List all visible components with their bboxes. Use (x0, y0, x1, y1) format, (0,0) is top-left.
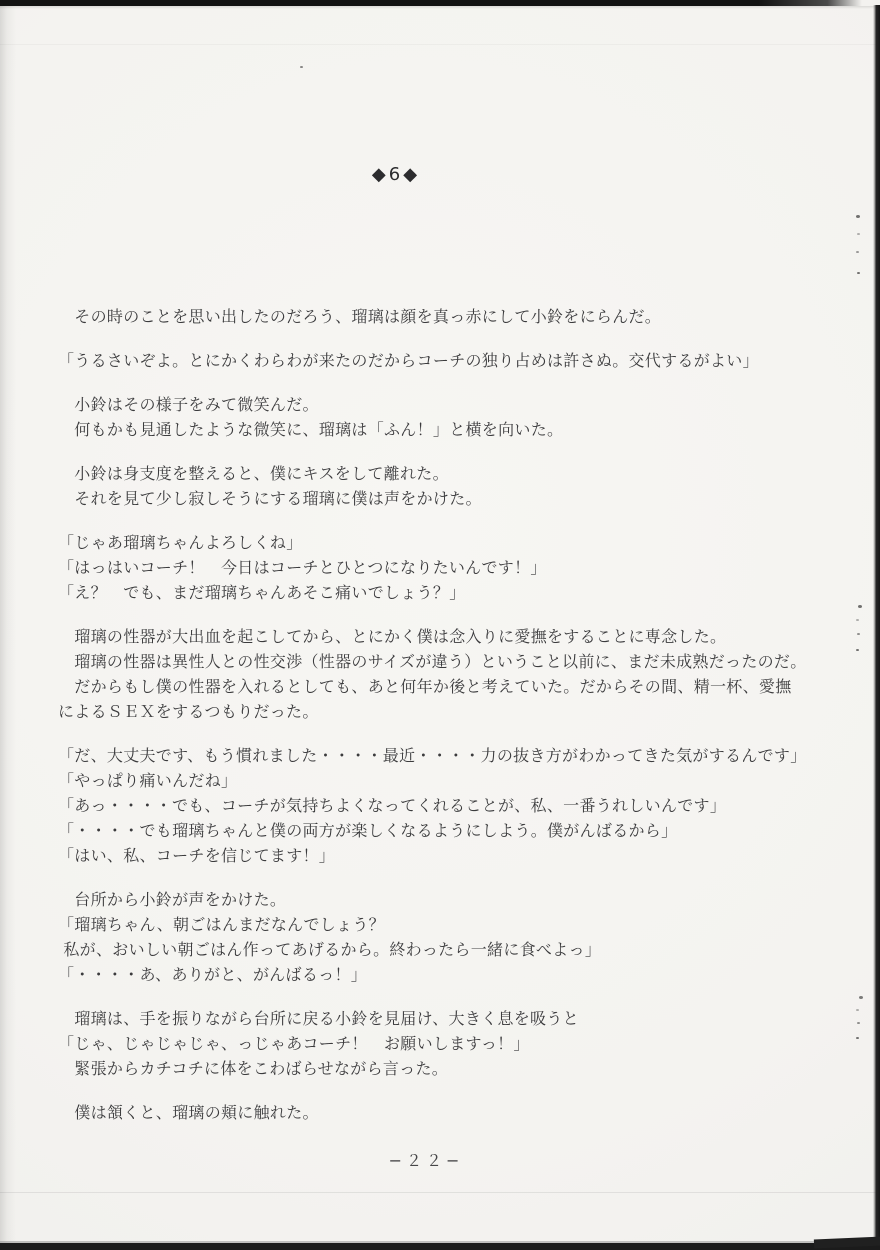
text-line: によるＳＥＸをするつもりだった。 (58, 699, 848, 724)
text-line: 瑠璃は、手を振りながら台所に戻る小鈴を見届け、大きく息を吸うと (58, 1006, 848, 1031)
text-line: 瑠璃の性器は異性人との性交渉（性器のサイズが違う）ということ以前に、まだ未成熟だ… (58, 649, 848, 674)
text-line: 「じゃ、じゃじゃじゃ、っじゃあコーチ！ お願いしますっ！」 (58, 1031, 848, 1056)
text-line: 私が、おいしい朝ごはん作ってあげるから。終わったら一緒に食べよっ」 (58, 937, 848, 962)
scan-speck (300, 66, 303, 68)
paragraph: 「うるさいぞよ。とにかくわらわが来たのだからコーチの独り占めは許さぬ。交代するが… (58, 348, 848, 373)
paragraph: 瑠璃の性器が大出血を起こしてから、とにかく僕は念入りに愛撫をすることに専念した。… (58, 624, 848, 724)
paragraph: 小鈴はその様子をみて微笑んだ。 何もかも見通したような微笑に、瑠璃は「ふん！」と… (58, 392, 848, 442)
text-line: 「・・・・でも瑠璃ちゃんと僕の両方が楽しくなるようにしよう。僕がんばるから」 (58, 818, 848, 843)
scan-edge-top-shadow (0, 6, 880, 9)
text-line: それを見て少し寂しそうにする瑠璃に僕は声をかけた。 (58, 486, 848, 511)
text-line: 「瑠璃ちゃん、朝ごはんまだなんでしょう？ (58, 912, 848, 937)
paragraph: 「じゃあ瑠璃ちゃんよろしくね」「はっはいコーチ！ 今日はコーチとひとつになりたい… (58, 530, 848, 605)
text-line: 「じゃあ瑠璃ちゃんよろしくね」 (58, 530, 848, 555)
section-heading: ◆6◆ (0, 164, 792, 185)
text-line: 「だ、大丈夫です、もう慣れました・・・・最近・・・・力の抜き方がわかってきた気が… (58, 743, 848, 768)
text-line: その時のことを思い出したのだろう、瑠璃は顔を真っ赤にして小鈴をにらんだ。 (58, 304, 848, 329)
paper-crease-line (0, 1192, 880, 1193)
scan-speck (857, 633, 860, 635)
text-line: 「はい、私、コーチを信じてます！」 (58, 843, 848, 868)
text-line: 小鈴は身支度を整えると、僕にキスをして離れた。 (58, 461, 848, 486)
scan-speck (856, 251, 859, 253)
scan-speck (858, 605, 862, 608)
scan-speck (856, 1037, 859, 1039)
scan-speck (856, 1009, 859, 1011)
scan-speck (859, 996, 863, 999)
text-line: 台所から小鈴が声をかけた。 (58, 887, 848, 912)
scan-speck (856, 619, 859, 621)
text-line: 「え？ でも、まだ瑠璃ちゃんあそこ痛いでしょう？」 (58, 580, 848, 605)
paragraph: 僕は頷くと、瑠璃の頬に触れた。 (58, 1100, 848, 1125)
page-number: −２２− (30, 1148, 822, 1171)
text-line: 瑠璃の性器が大出血を起こしてから、とにかく僕は念入りに愛撫をすることに専念した。 (58, 624, 848, 649)
text-line: 小鈴はその様子をみて微笑んだ。 (58, 392, 848, 417)
text-line: 「あっ・・・・でも、コーチが気持ちよくなってくれることが、私、一番うれしいんです… (58, 793, 848, 818)
text-line: 「・・・・あ、ありがと、がんばるっ！」 (58, 962, 848, 987)
body-text: その時のことを思い出したのだろう、瑠璃は顔を真っ赤にして小鈴をにらんだ。「うるさ… (58, 304, 848, 1144)
scan-speck (857, 1022, 860, 1024)
scanned-page: ◆6◆ その時のことを思い出したのだろう、瑠璃は顔を真っ赤にして小鈴をにらんだ。… (0, 0, 880, 1250)
text-line: 緊張からカチコチに体をこわばらせながら言った。 (58, 1056, 848, 1081)
text-line: 「うるさいぞよ。とにかくわらわが来たのだからコーチの独り占めは許さぬ。交代するが… (58, 348, 848, 373)
paragraph: 台所から小鈴が声をかけた。「瑠璃ちゃん、朝ごはんまだなんでしょう？ 私が、おいし… (58, 887, 848, 987)
paper-crease-line (0, 44, 880, 45)
text-line: 何もかも見通したような微笑に、瑠璃は「ふん！」と横を向いた。 (58, 417, 848, 442)
paragraph: 小鈴は身支度を整えると、僕にキスをして離れた。 それを見て少し寂しそうにする瑠璃… (58, 461, 848, 511)
scan-edge-bottom (0, 1243, 880, 1250)
scan-speck (857, 272, 860, 274)
text-line: 僕は頷くと、瑠璃の頬に触れた。 (58, 1100, 848, 1125)
paragraph: 瑠璃は、手を振りながら台所に戻る小鈴を見届け、大きく息を吸うと「じゃ、じゃじゃじ… (58, 1006, 848, 1081)
scan-speck (856, 215, 860, 218)
scan-speck (857, 233, 860, 235)
text-line: 「はっはいコーチ！ 今日はコーチとひとつになりたいんです！」 (58, 555, 848, 580)
text-line: だからもし僕の性器を入れるとしても、あと何年か後と考えていた。だからその間、精一… (58, 674, 848, 699)
text-line: 「やっぱり痛いんだね」 (58, 768, 848, 793)
scan-edge-right (873, 5, 880, 1243)
scan-speck (856, 649, 859, 651)
paragraph: 「だ、大丈夫です、もう慣れました・・・・最近・・・・力の抜き方がわかってきた気が… (58, 743, 848, 868)
paragraph: その時のことを思い出したのだろう、瑠璃は顔を真っ赤にして小鈴をにらんだ。 (58, 304, 848, 329)
